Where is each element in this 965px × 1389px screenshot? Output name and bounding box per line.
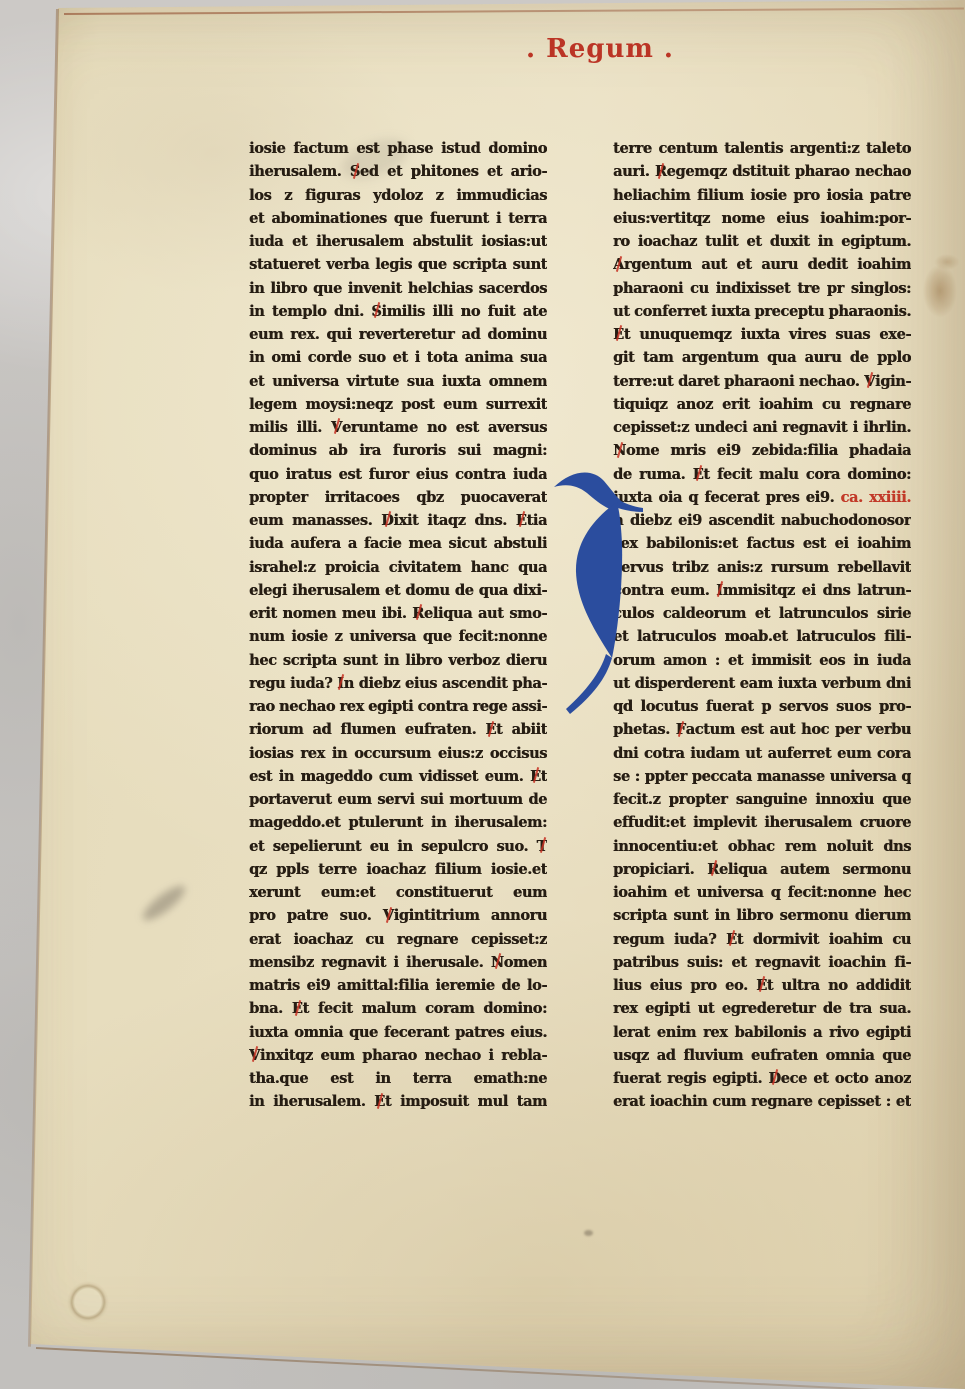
text-line: de ruma. Et fecit malu cora domino: bbox=[613, 463, 911, 486]
text-line: in libro que invenit helchias sacerdos bbox=[249, 277, 547, 300]
rubricated-capital: V bbox=[249, 1044, 260, 1067]
text-line: iosias rex in occursum eius:z occisus bbox=[249, 742, 547, 765]
rubricated-capital: E bbox=[756, 974, 767, 997]
text-column-right: terre centum talentis argenti:z taletoau… bbox=[613, 137, 911, 1114]
text-line: rao nechao rex egipti contra rege assi- bbox=[249, 695, 547, 718]
text-line: in omi corde suo et i tota anima sua bbox=[249, 346, 547, 369]
text-line: in templo dni. Similis illi no fuit ate bbox=[249, 300, 547, 323]
text-line: bna. Et fecit malum coram domino: bbox=[249, 997, 547, 1020]
text-line: usqz ad fluvium eufraten omnia que bbox=[613, 1044, 911, 1067]
text-line: phetas. Factum est aut hoc per verbu bbox=[613, 718, 911, 741]
text-line: eius:vertitqz nome eius ioahim:por- bbox=[613, 207, 911, 230]
illuminated-initial-I bbox=[552, 466, 644, 720]
text-line: matris ei9 amittal:filia ieremie de lo- bbox=[249, 974, 547, 997]
text-line: se : ppter peccata manasse universa q bbox=[613, 765, 911, 788]
rubricated-capital: N bbox=[491, 951, 504, 974]
text-line: fecit.z propter sanguine innoxiu que bbox=[613, 788, 911, 811]
text-line: in iherusalem. Et imposuit mul tam bbox=[249, 1090, 547, 1113]
text-line: auri. Regemqz dstituit pharao nechao bbox=[613, 160, 911, 183]
rubricated-capital: E bbox=[693, 463, 704, 486]
text-line: quo iratus est furor eius contra iuda bbox=[249, 463, 547, 486]
text-line: erit nomen meu ibi. Reliqua aut smo- bbox=[249, 602, 547, 625]
text-line: heliachim filium iosie pro iosia patre bbox=[613, 184, 911, 207]
text-line: milis illi. Veruntame no est aversus bbox=[249, 416, 547, 439]
rubricated-capital: D bbox=[381, 509, 393, 532]
text-line: hec scripta sunt in libro verboz dieru bbox=[249, 649, 547, 672]
rubricated-capital: E bbox=[613, 323, 624, 346]
text-line: mensibz regnavit i iherusale. Nomen bbox=[249, 951, 547, 974]
rubricated-capital: N bbox=[613, 439, 626, 462]
rubricated-capital: E bbox=[374, 1090, 385, 1113]
text-line: ioahim et universa q fecit:nonne hec bbox=[613, 881, 911, 904]
text-line: los z figuras ydoloz z immudicias bbox=[249, 184, 547, 207]
rubricated-capital: E bbox=[726, 928, 737, 951]
text-line: fuerat regis egipti. Dece et octo anoz bbox=[613, 1067, 911, 1090]
text-line: xerunt eum:et constituerut eum regem bbox=[249, 881, 547, 904]
text-line: regum iuda? Et dormivit ioahim cu bbox=[613, 928, 911, 951]
rubricated-capital: S bbox=[371, 300, 381, 323]
text-line: iuxta omnia que fecerant patres eius. bbox=[249, 1021, 547, 1044]
text-line: iuda aufera a facie mea sicut abstuli bbox=[249, 532, 547, 555]
chapter-marker: ca. xxiiii. bbox=[841, 489, 911, 506]
text-line: Vinxitqz eum pharao nechao i rebla- bbox=[249, 1044, 547, 1067]
text-line: qz ppls terre ioachaz filium iosie.et vn… bbox=[249, 858, 547, 881]
text-line: propiciari. Reliqua autem sermonu bbox=[613, 858, 911, 881]
text-line: terre:ut daret pharaoni nechao. Vigin- bbox=[613, 370, 911, 393]
rubricated-capital: R bbox=[412, 602, 424, 625]
text-line: erat ioachaz cu regnare cepisset:z tribz bbox=[249, 928, 547, 951]
text-line: dominus ab ira furoris sui magni: bbox=[249, 439, 547, 462]
text-line: legem moysi:neqz post eum surrexit si- bbox=[249, 393, 547, 416]
text-line: eum manasses. Dixit itaqz dns. Etia bbox=[249, 509, 547, 532]
text-line: orum amon : et immisit eos in iuda bbox=[613, 649, 911, 672]
text-line: culos caldeorum et latrunculos sirie bbox=[613, 602, 911, 625]
text-line: Et unuquemqz iuxta vires suas exe- bbox=[613, 323, 911, 346]
text-line: git tam argentum qua auru de pplo bbox=[613, 346, 911, 369]
text-line: israhel:z proicia civitatem hanc qua bbox=[249, 556, 547, 579]
rubricated-capital: I bbox=[716, 579, 722, 602]
text-line: erat ioachin cum regnare cepisset : et bbox=[613, 1090, 911, 1113]
text-line: tiquiqz anoz erit ioahim cu regnare bbox=[613, 393, 911, 416]
text-line: et latruculos moab.et latruculos fili- bbox=[613, 625, 911, 648]
text-line: eum rex. qui reverteretur ad dominu bbox=[249, 323, 547, 346]
rubricated-capital: S bbox=[350, 160, 360, 183]
text-line: dni cotra iudam ut auferret eum cora bbox=[613, 742, 911, 765]
text-line: contra eum. Immisitqz ei dns latrun- bbox=[613, 579, 911, 602]
rubricated-capital: V bbox=[331, 416, 342, 439]
text-line: rex babilonis:et factus est ei ioahim bbox=[613, 532, 911, 555]
text-line: pro patre suo. Vigintitrium annoru bbox=[249, 904, 547, 927]
text-line: innocentiu:et obhac rem noluit dns bbox=[613, 835, 911, 858]
rubricated-capital: T bbox=[537, 835, 547, 858]
rubricated-capital: A bbox=[613, 253, 624, 276]
text-line: ut disperderent eam iuxta verbum dni bbox=[613, 672, 911, 695]
text-line: servus tribz anis:z rursum rebellavit bbox=[613, 556, 911, 579]
text-line: lius eius pro eo. Et ultra no addidit bbox=[613, 974, 911, 997]
text-line: ro ioachaz tulit et duxit in egiptum. bbox=[613, 230, 911, 253]
running-title: . Regum . bbox=[505, 34, 695, 64]
rubricated-capital: D bbox=[768, 1067, 780, 1090]
rubricated-capital: E bbox=[516, 509, 527, 532]
text-line: rex egipti ut egrederetur de tra sua. Tu… bbox=[613, 997, 911, 1020]
text-line: ut conferret iuxta preceptu pharaonis. bbox=[613, 300, 911, 323]
rubricated-capital: E bbox=[485, 718, 496, 741]
text-line: num iosie z universa que fecit:nonne bbox=[249, 625, 547, 648]
text-line: propter irritacoes qbz puocaverat bbox=[249, 486, 547, 509]
text-line: regu iuda? In diebz eius ascendit pha- bbox=[249, 672, 547, 695]
text-column-left: iosie factum est phase istud domino inih… bbox=[249, 137, 547, 1114]
rubricated-capital: F bbox=[676, 718, 686, 741]
text-line: mageddo.et ptulerunt in iherusalem: bbox=[249, 811, 547, 834]
rubricated-capital: V bbox=[383, 904, 394, 927]
photo-background: . Regum . iosie factum est phase istud d… bbox=[0, 0, 965, 1389]
rubricated-capital: I bbox=[337, 672, 343, 695]
text-line: terre centum talentis argenti:z taleto bbox=[613, 137, 911, 160]
text-line: est in mageddo cum vidisset eum. Et bbox=[249, 765, 547, 788]
text-line: riorum ad flumen eufraten. Et abiit bbox=[249, 718, 547, 741]
text-line: et abominationes que fuerunt i terra bbox=[249, 207, 547, 230]
small-speck bbox=[584, 1230, 593, 1236]
rubricated-capital: V bbox=[864, 370, 875, 393]
text-line: tha.que est in terra emath:ne regnaret bbox=[249, 1067, 547, 1090]
text-line: effudit:et implevit iherusalem cruore bbox=[613, 811, 911, 834]
text-line: scripta sunt in libro sermonu dierum bbox=[613, 904, 911, 927]
text-line: et universa virtute sua iuxta omnem bbox=[249, 370, 547, 393]
text-line: pharaoni cu indixisset tre pr singlos: bbox=[613, 277, 911, 300]
rubricated-capital: R bbox=[707, 858, 719, 881]
text-line: et sepelierunt eu in sepulcro suo. Tulit bbox=[249, 835, 547, 858]
rubricated-capital: E bbox=[292, 997, 303, 1020]
text-line: statueret verba legis que scripta sunt bbox=[249, 253, 547, 276]
text-line: portaverut eum servi sui mortuum de bbox=[249, 788, 547, 811]
text-line: patribus suis: et regnavit ioachin fi- bbox=[613, 951, 911, 974]
rubricated-capital: E bbox=[530, 765, 541, 788]
text-line: iherusalem. Sed et phitones et ario- bbox=[249, 160, 547, 183]
text-line: lerat enim rex babilonis a rivo egipti bbox=[613, 1021, 911, 1044]
text-line: iosie factum est phase istud domino in bbox=[249, 137, 547, 160]
text-line: n diebz ei9 ascendit nabuchodonosor bbox=[613, 509, 911, 532]
text-line: iuxta oia q fecerat pres ei9. ca. xxiiii… bbox=[613, 486, 911, 509]
text-line: Argentum aut et auru dedit ioahim bbox=[613, 253, 911, 276]
text-line: iuda et iherusalem abstulit iosias:ut bbox=[249, 230, 547, 253]
text-line: Nome mris ei9 zebida:filia phadaia bbox=[613, 439, 911, 462]
text-line: qd locutus fuerat p servos suos pro- bbox=[613, 695, 911, 718]
rubricated-capital: R bbox=[655, 160, 667, 183]
text-line: elegi iherusalem et domu de qua dixi- bbox=[249, 579, 547, 602]
text-line: cepisset:z undeci ani regnavit i ihrlin. bbox=[613, 416, 911, 439]
